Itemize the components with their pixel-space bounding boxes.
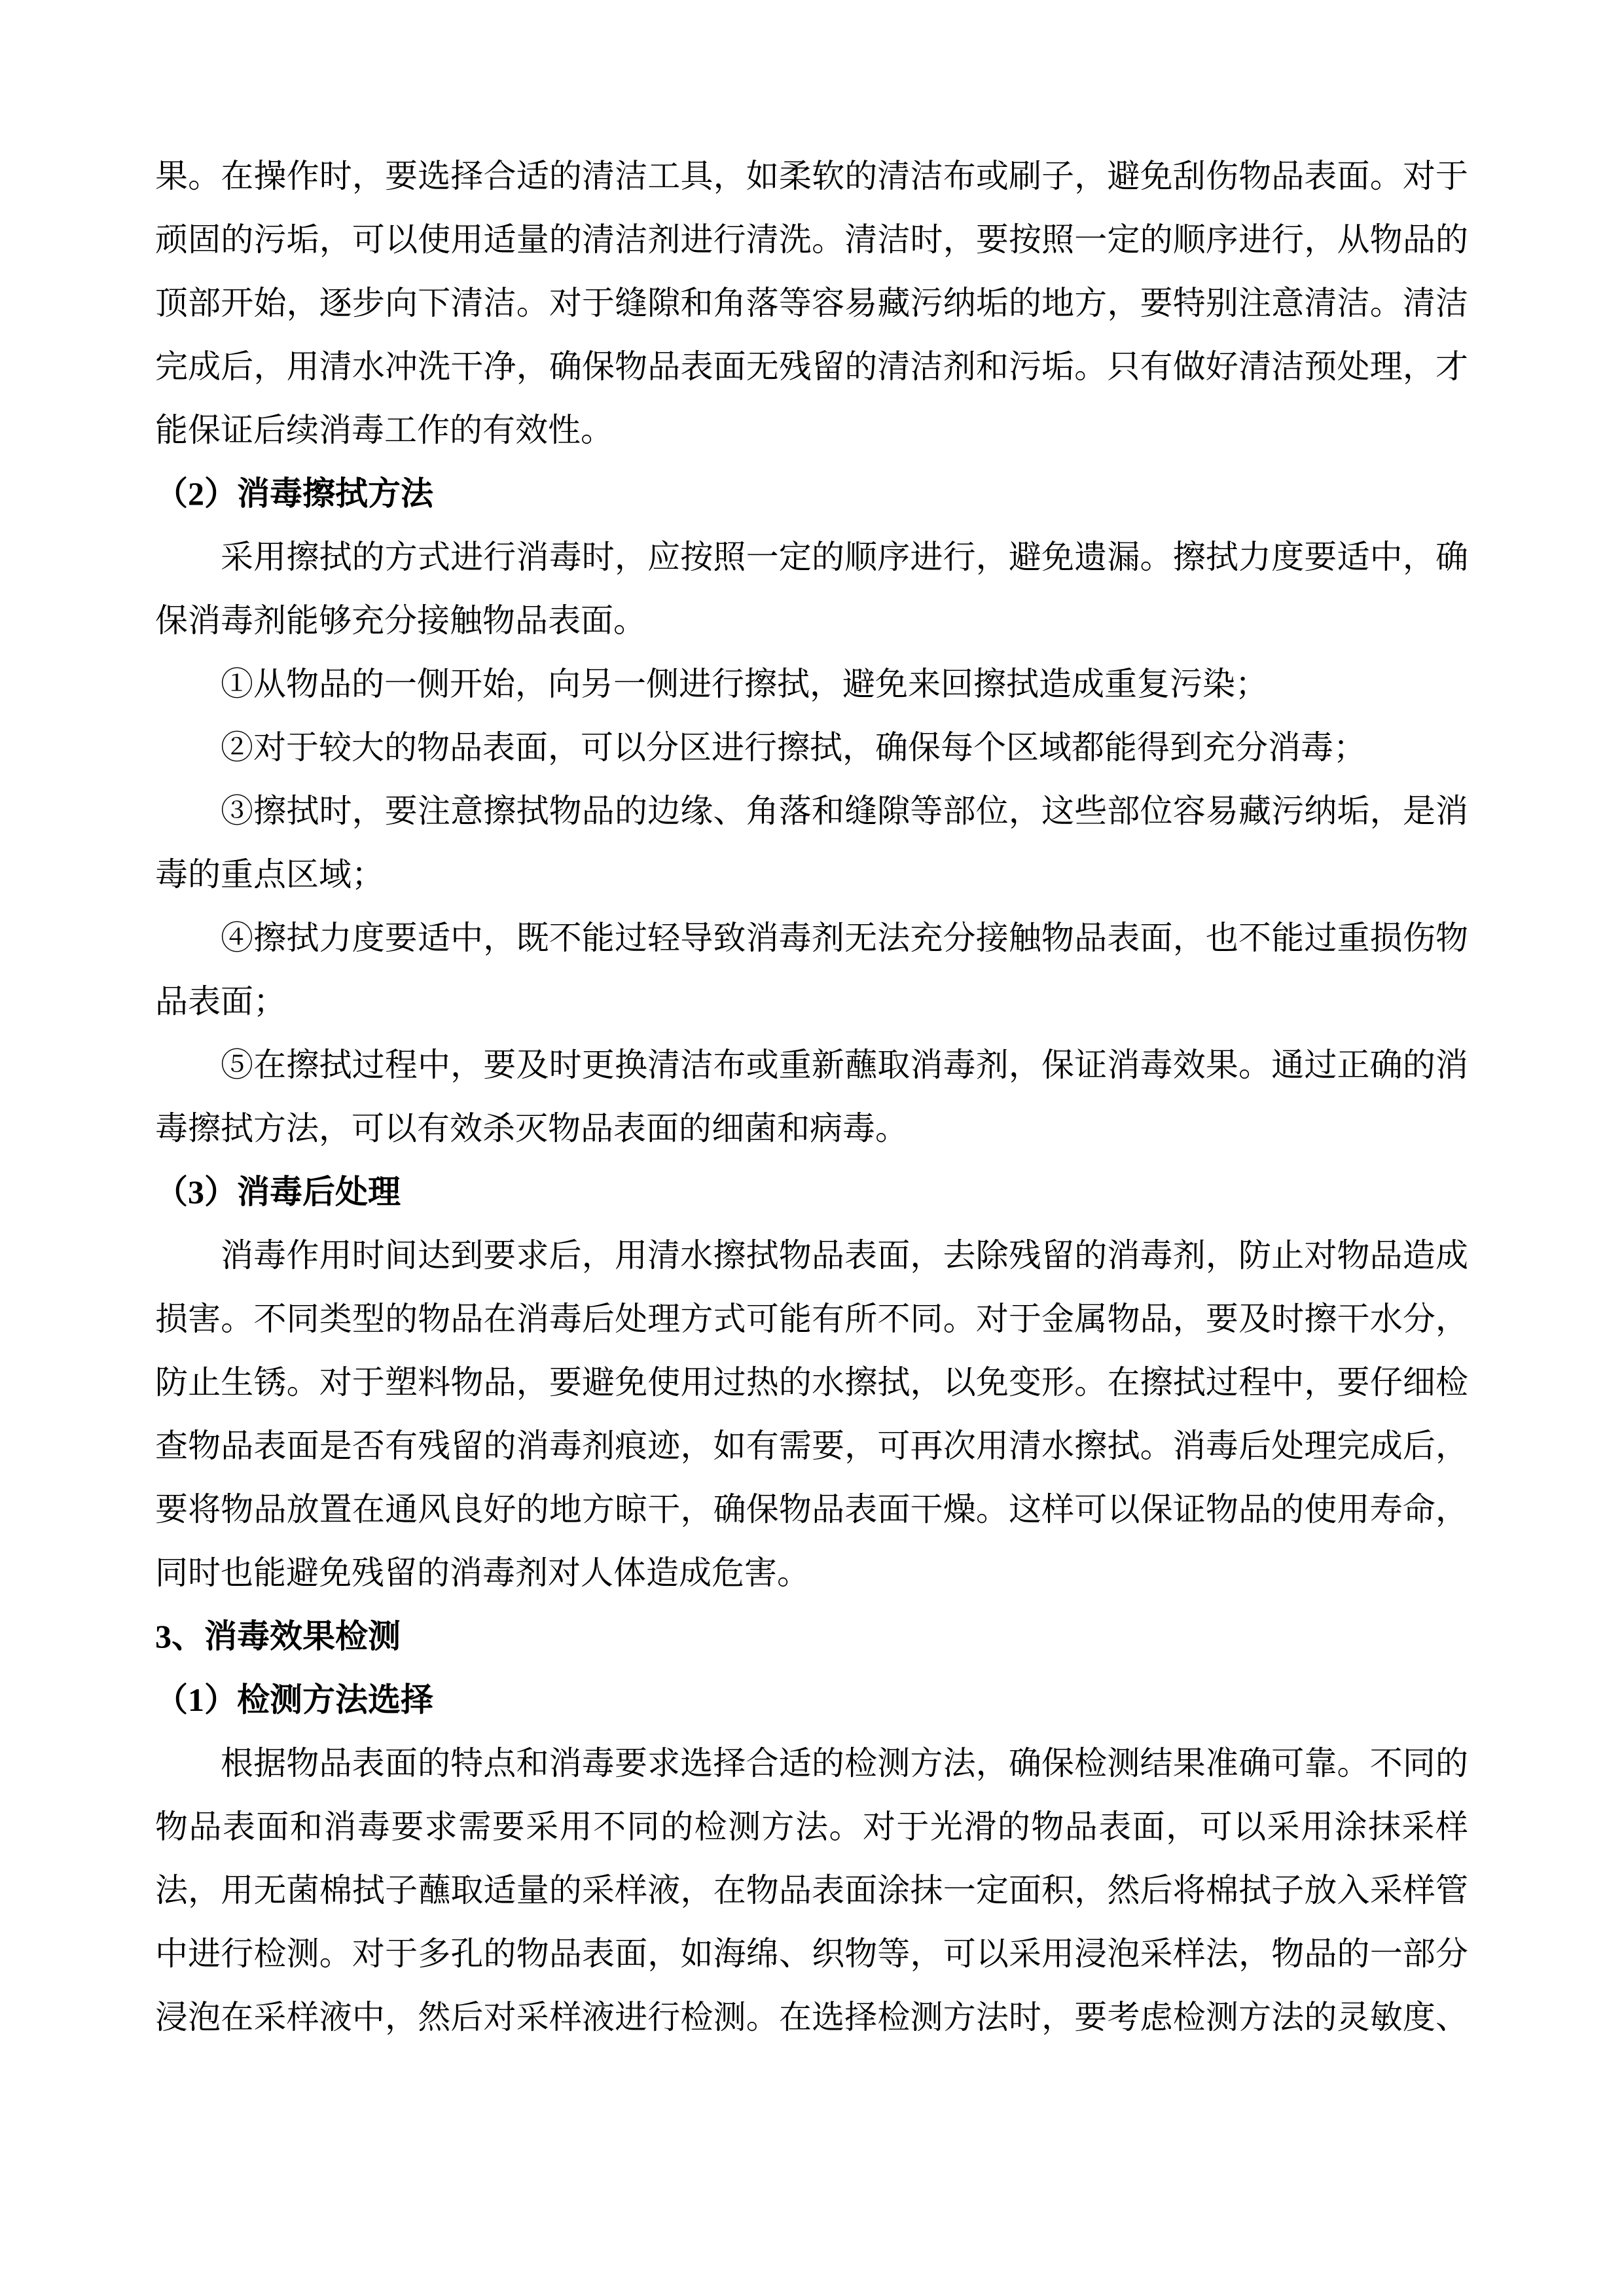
text-line: 能保证后续消毒工作的有效性。 (155, 399, 1468, 462)
text-line: ②对于较大的物品表面，可以分区进行擦拭，确保每个区域都能得到充分消毒； (155, 716, 1468, 780)
section-heading: （1）检测方法选择 (155, 1668, 1468, 1732)
document-page: 果。在操作时，要选择合适的清洁工具，如柔软的清洁布或刷子，避免刮伤物品表面。对于… (0, 0, 1624, 2296)
text-line: ④擦拭力度要适中，既不能过轻导致消毒剂无法充分接触物品表面，也不能过重损伤物 (155, 906, 1468, 970)
text-line: 根据物品表面的特点和消毒要求选择合适的检测方法，确保检测结果准确可靠。不同的 (155, 1732, 1468, 1795)
text-line: 查物品表面是否有残留的消毒剂痕迹，如有需要，可再次用清水擦拭。消毒后处理完成后， (155, 1414, 1468, 1478)
text-line: 果。在操作时，要选择合适的清洁工具，如柔软的清洁布或刷子，避免刮伤物品表面。对于 (155, 145, 1468, 208)
text-line: 要将物品放置在通风良好的地方晾干，确保物品表面干燥。这样可以保证物品的使用寿命， (155, 1478, 1468, 1541)
text-line: ⑤在擦拭过程中，要及时更换清洁布或重新蘸取消毒剂，保证消毒效果。通过正确的消 (155, 1033, 1468, 1097)
text-line: ③擦拭时，要注意擦拭物品的边缘、角落和缝隙等部位，这些部位容易藏污纳垢，是消 (155, 780, 1468, 843)
text-line: 毒的重点区域； (155, 843, 1468, 906)
text-line: 顽固的污垢，可以使用适量的清洁剂进行清洗。清洁时，要按照一定的顺序进行，从物品的 (155, 208, 1468, 272)
text-line: 保消毒剂能够充分接触物品表面。 (155, 589, 1468, 653)
text-line: 完成后，用清水冲洗干净，确保物品表面无残留的清洁剂和污垢。只有做好清洁预处理，才 (155, 335, 1468, 399)
text-line: 采用擦拭的方式进行消毒时，应按照一定的顺序进行，避免遗漏。擦拭力度要适中，确 (155, 526, 1468, 589)
text-line: 法，用无菌棉拭子蘸取适量的采样液，在物品表面涂抹一定面积，然后将棉拭子放入采样管 (155, 1859, 1468, 1922)
text-line: 中进行检测。对于多孔的物品表面，如海绵、织物等，可以采用浸泡采样法，物品的一部分 (155, 1922, 1468, 1986)
text-line: 毒擦拭方法，可以有效杀灭物品表面的细菌和病毒。 (155, 1097, 1468, 1160)
document-text-block: 果。在操作时，要选择合适的清洁工具，如柔软的清洁布或刷子，避免刮伤物品表面。对于… (155, 145, 1468, 2049)
text-line: ①从物品的一侧开始，向另一侧进行擦拭，避免来回擦拭造成重复污染； (155, 653, 1468, 716)
text-line: 同时也能避免残留的消毒剂对人体造成危害。 (155, 1541, 1468, 1605)
text-line: 品表面； (155, 970, 1468, 1033)
text-line: 防止生锈。对于塑料物品，要避免使用过热的水擦拭，以免变形。在擦拭过程中，要仔细检 (155, 1351, 1468, 1414)
text-line: 物品表面和消毒要求需要采用不同的检测方法。对于光滑的物品表面，可以采用涂抹采样 (155, 1795, 1468, 1859)
section-heading: （2）消毒擦拭方法 (155, 462, 1468, 526)
text-line: 顶部开始，逐步向下清洁。对于缝隙和角落等容易藏污纳垢的地方，要特别注意清洁。清洁 (155, 272, 1468, 335)
text-line: 消毒作用时间达到要求后，用清水擦拭物品表面，去除残留的消毒剂，防止对物品造成 (155, 1224, 1468, 1287)
section-heading: 3、消毒效果检测 (155, 1605, 1468, 1668)
text-line: 损害。不同类型的物品在消毒后处理方式可能有所不同。对于金属物品，要及时擦干水分， (155, 1287, 1468, 1351)
section-heading: （3）消毒后处理 (155, 1160, 1468, 1224)
text-line: 浸泡在采样液中，然后对采样液进行检测。在选择检测方法时，要考虑检测方法的灵敏度、 (155, 1986, 1468, 2049)
